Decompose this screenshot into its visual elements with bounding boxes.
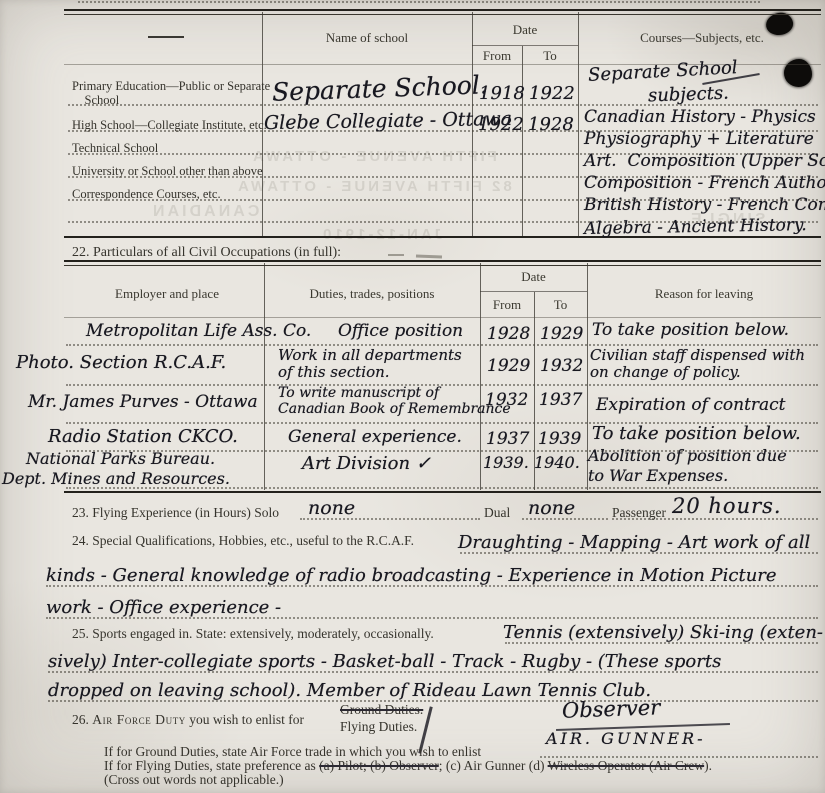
header-bottom-rule [64,317,821,318]
q26-number: 26. [72,712,89,727]
dotted-leader [460,552,818,554]
q26-label-rest: you wish to enlist for [186,712,304,727]
column-header-from: From [482,298,532,313]
pencil-mark [388,254,404,256]
handwritten-dual-hours: none [528,497,575,519]
handwritten-duties: General experience. [288,427,462,447]
column-header-to: To [536,298,585,313]
q23-label: 23. Flying Experience (in Hours) Solo [72,505,279,521]
handwritten-duties: To write manuscript of Canadian Book of … [278,386,511,417]
column-header-courses: Courses—Subjects, etc. [582,31,822,46]
dotted-leader [522,518,608,520]
column-rule [578,12,579,237]
table-top-rule [64,9,821,15]
handwritten-date: 1939 [538,429,581,449]
handwritten-reason: Abolition of position due to War Expense… [588,446,787,485]
column-header-employer: Employer and place [72,287,262,302]
column-header-from: From [474,49,520,64]
handwritten-date: 1940. [534,453,580,472]
date-underline [472,45,578,46]
q26-air-force-duty: Air Force Duty [92,712,186,727]
handwritten-employer: Photo. Section R.C.A.F. [16,352,226,373]
handwritten-employer: Metropolitan Life Ass. Co. [86,321,311,341]
from-to-rule [522,46,523,237]
handwritten-air-gunner: AIR. GUNNER- [546,729,706,748]
column-header-date: Date [480,270,587,285]
handwritten-date: 1939. [483,453,529,472]
column-header-reason: Reason for leaving [589,287,819,302]
handwritten-date: 1929 [540,324,583,344]
handwritten-reason: Civilian staff dispensed with on change … [590,347,805,381]
q26-crossout-note: (Cross out words not applicable.) [104,772,284,788]
handwritten-courses-line: Physiography + Literature [584,129,814,149]
top-dotted-line [78,1,760,3]
handwritten-reason: Expiration of contract [596,395,786,415]
handwritten-courses-line: Canadian History - Physics [584,107,816,127]
handwritten-employer: Radio Station CKCO. [48,426,238,447]
dotted-leader [46,585,818,587]
handwritten-employer: National Parks Bureau. Dept. Mines and R… [2,449,230,488]
date-underline [480,291,587,292]
handwritten-date: 1932 [485,390,528,410]
q26-flying-duties-option: Flying Duties. [340,719,417,735]
section-22-title: 22. Particulars of all Civil Occupations… [72,245,341,261]
scanned-enlistment-form: FIFTH AVENUE - OTTAWA 82 FIFTH AVENUE - … [0,0,825,793]
handwritten-school-primary: Separate School. [272,70,489,107]
handwritten-courses-line: subjects. [648,83,730,107]
bleedthrough-text: CANADIAN [150,203,259,221]
column-header-date: Date [472,23,578,38]
handwritten-courses-line: Art. Composition (Upper Scho [584,151,825,171]
handwritten-solo-hours: none [308,497,355,519]
handwritten-sports: Tennis (extensively) Ski-ing (exten- siv… [48,618,824,705]
dotted-leader [612,518,818,520]
handwritten-qualifications: Draughting - Mapping - Art work of all k… [46,527,824,625]
handwritten-courses-line: Composition - French Authors [584,173,825,193]
dotted-leader [300,518,480,520]
handwritten-date: 1922 [478,114,524,135]
dotted-leader [505,642,818,644]
handwritten-employer: Mr. James Purves - Ottawa [28,392,258,412]
handwritten-passenger-hours: 20 hours. [672,494,782,518]
handwritten-date: 1937 [486,429,529,449]
table-top-rule [64,260,821,266]
handwritten-date: 1928 [487,324,530,344]
pencil-mark [416,255,442,258]
q26-mid: ; (c) Air Gunner (d) [439,758,548,773]
column-header-name-of-school: Name of school [264,31,470,46]
dotted-leader [48,671,818,673]
dotted-leader [48,700,818,702]
q26-struck-wireless: Wireless Operator (Air Crew [548,758,705,773]
handwritten-date: 1928 [528,114,574,135]
handwritten-duties: Work in all departments of this section. [278,347,462,381]
blank-column-dash [148,36,184,38]
handwritten-school-highschool: Glebe Collegiate - Ottawa [264,108,512,134]
column-header-duties: Duties, trades, positions [266,287,478,302]
handwritten-date: 1929 [487,356,530,376]
bleedthrough-text: JAN-12-1910 [320,226,443,243]
handwritten-courses-line: Algebra - Ancient History. [584,215,807,239]
handwritten-duties: Office position [338,321,463,341]
handwritten-courses-line: British History - French Comp. [584,195,825,215]
handwritten-date: 1918 [479,83,525,104]
bleedthrough-text: FIFTH AVENUE - OTTAWA [250,148,497,165]
handwritten-reason: To take position below. [592,423,801,444]
bleedthrough-text: 82 FIFTH AVENUE - OTTAWA [235,178,512,195]
q26-suffix: ). [704,758,712,773]
handwritten-duties: Art Division ✓ [302,453,431,474]
q26-label: 26. Air Force Duty you wish to enlist fo… [72,712,304,728]
column-rule [264,263,265,490]
handwritten-date: 1937 [539,390,582,410]
handwritten-date: 1932 [540,356,583,376]
occupations-bottom-rule [64,491,821,493]
column-header-courses-to: To [524,49,576,64]
column-rule [480,263,481,490]
handwritten-reason: To take position below. [592,320,789,340]
handwritten-observer: Observer [562,695,661,722]
q26-flying-prefix: If for Flying Duties, state preference a… [104,758,319,773]
handwritten-date: 1922 [529,83,575,104]
q23-dual-label: Dual [484,505,510,521]
q26-ground-duties-option: Ground Duties. [340,702,423,718]
q26-struck-pilot-observer: (a) Pilot; (b) Observer [319,758,439,773]
